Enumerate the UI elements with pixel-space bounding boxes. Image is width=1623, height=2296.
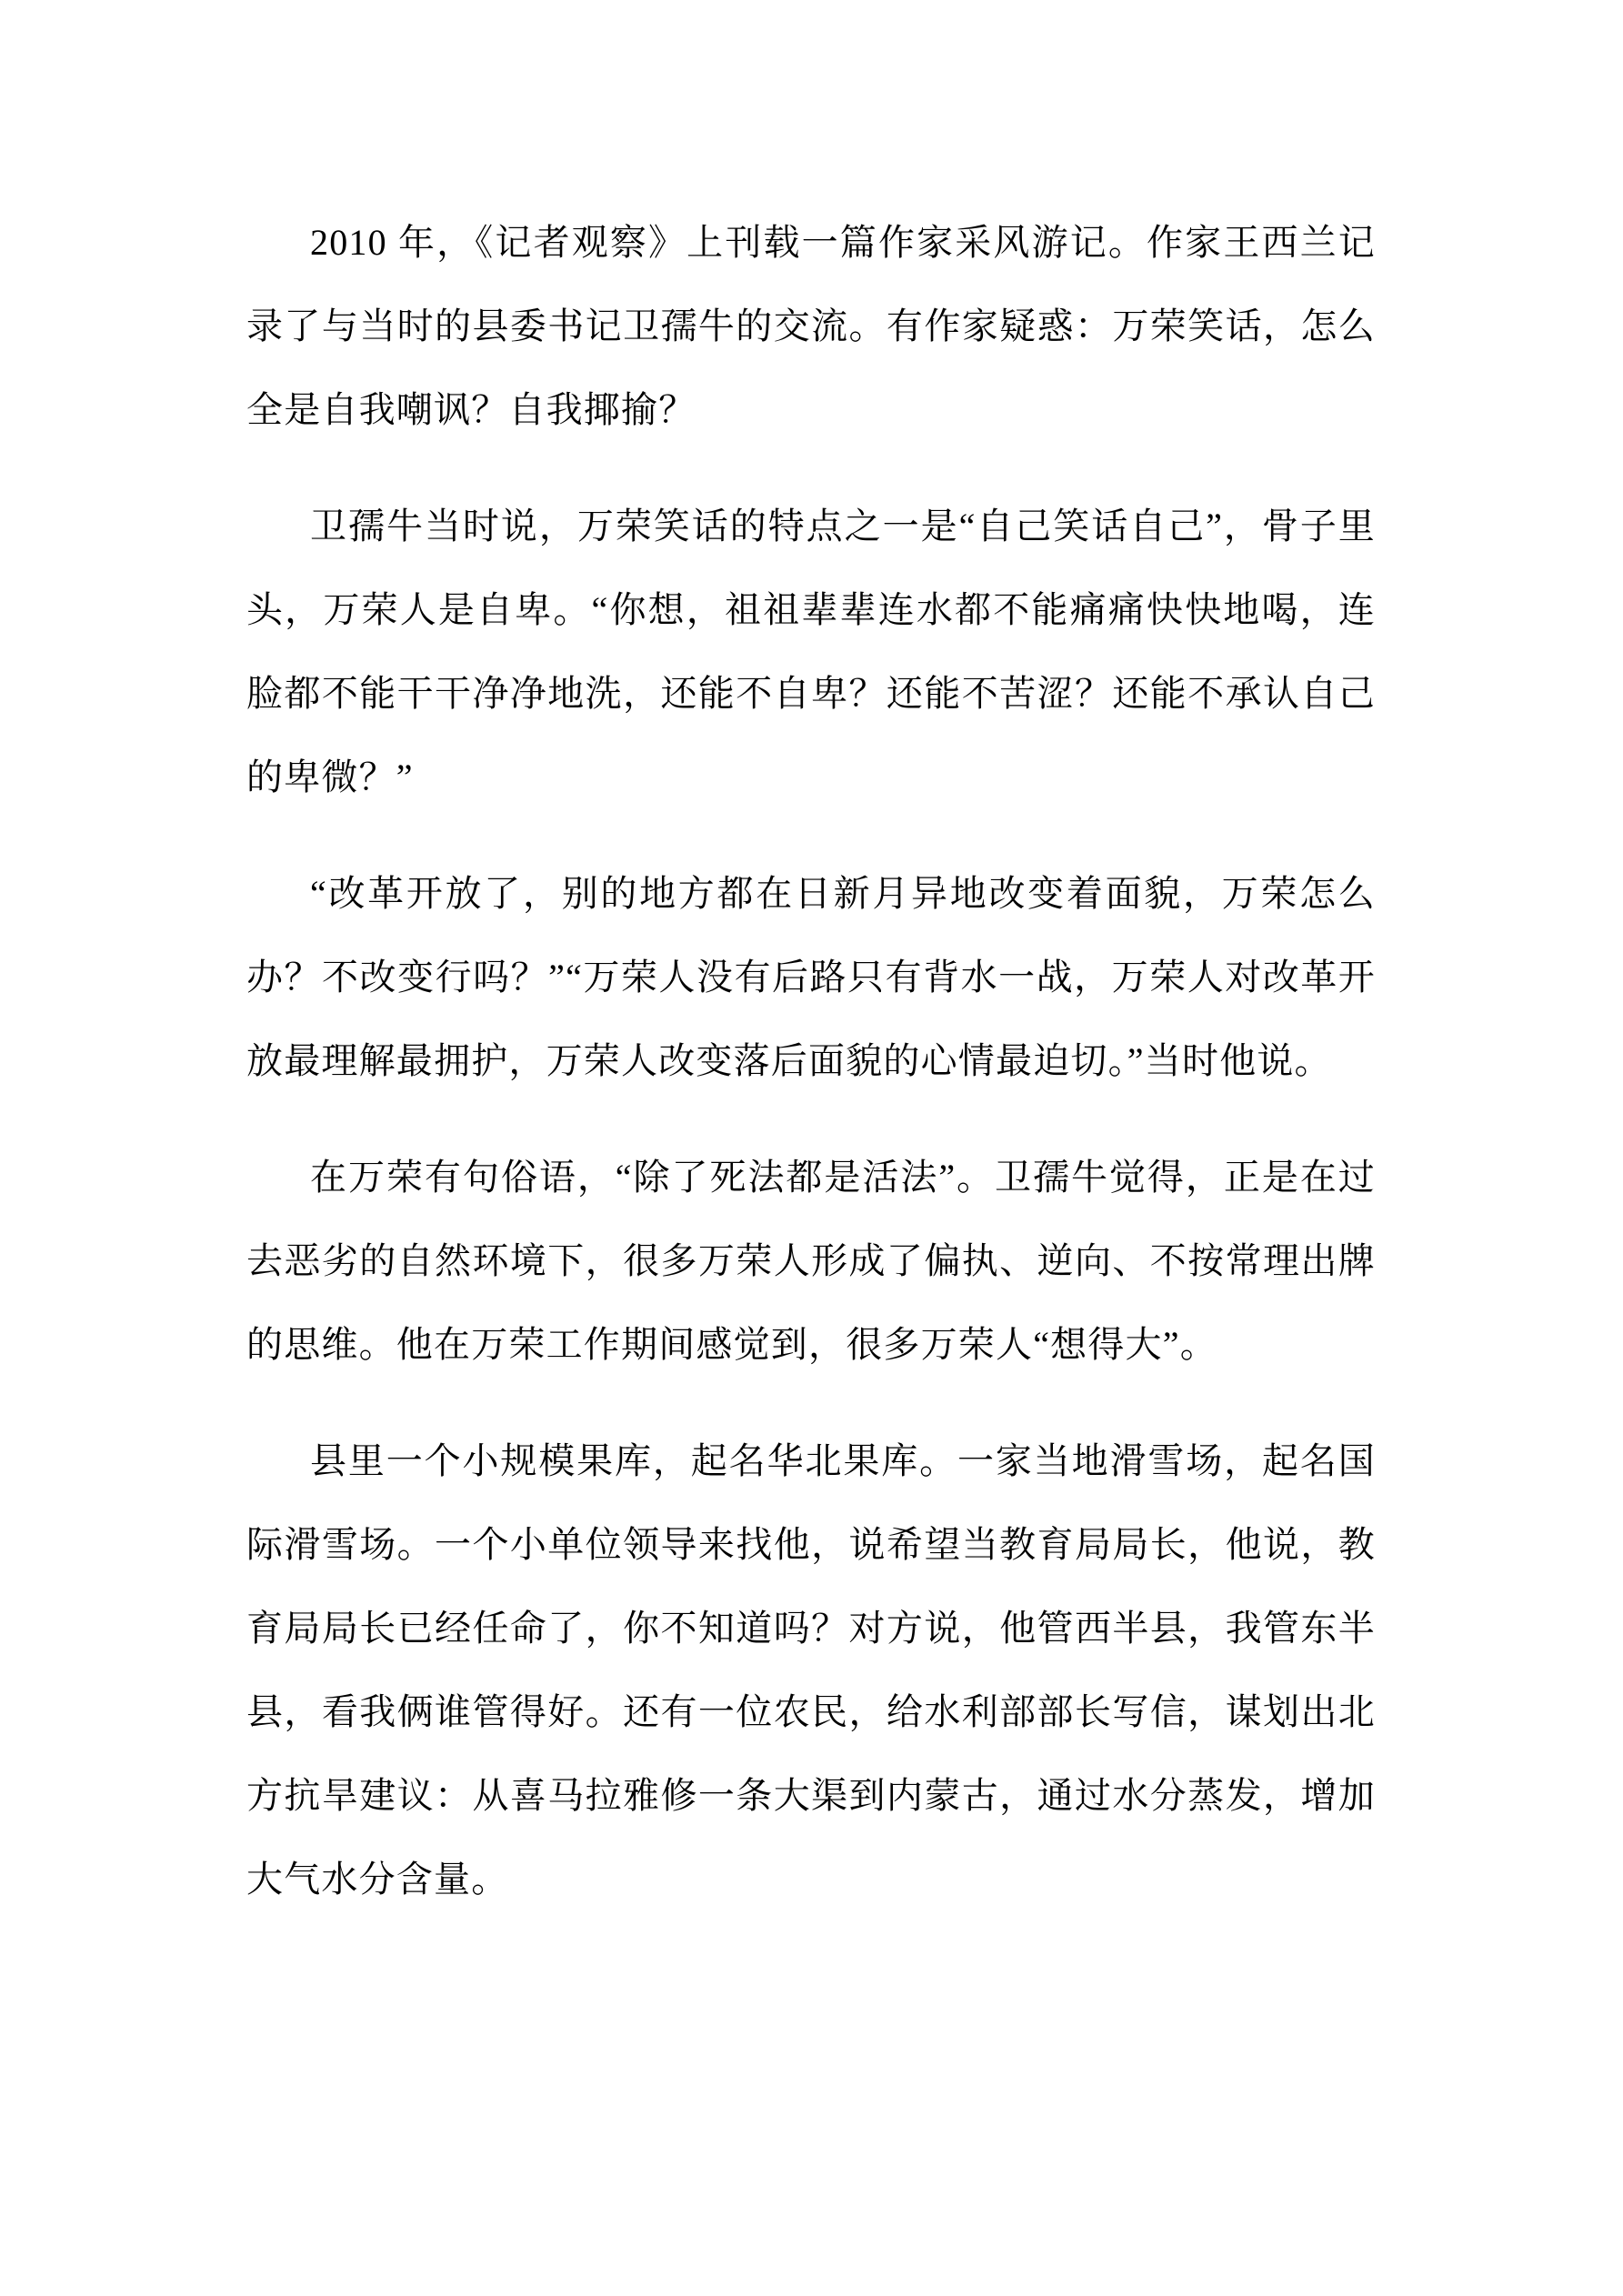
document-text-block: 2010 年，《记者观察》上刊载一篇作家采风游记。作家王西兰记录了与当时的县委书… xyxy=(246,201,1376,1921)
paragraph-4: 在万荣有句俗语，“除了死法都是活法”。卫孺牛觉得，正是在过去恶劣的自然环境下，很… xyxy=(246,1136,1376,1387)
document-page: 2010 年，《记者观察》上刊载一篇作家采风游记。作家王西兰记录了与当时的县委书… xyxy=(0,0,1623,2296)
paragraph-2: 卫孺牛当时说，万荣笑话的特点之一是“自己笑话自己”，骨子里头，万荣人是自卑。“你… xyxy=(246,485,1376,819)
paragraph-5: 县里一个小规模果库，起名华北果库。一家当地滑雪场，起名国际滑雪场。一个小单位领导… xyxy=(246,1419,1376,1921)
paragraph-3: “改革开放了，别的地方都在日新月异地改变着面貌，万荣怎么办？不改变行吗？”“万荣… xyxy=(246,852,1376,1103)
paragraph-1: 2010 年，《记者观察》上刊载一篇作家采风游记。作家王西兰记录了与当时的县委书… xyxy=(246,201,1376,452)
